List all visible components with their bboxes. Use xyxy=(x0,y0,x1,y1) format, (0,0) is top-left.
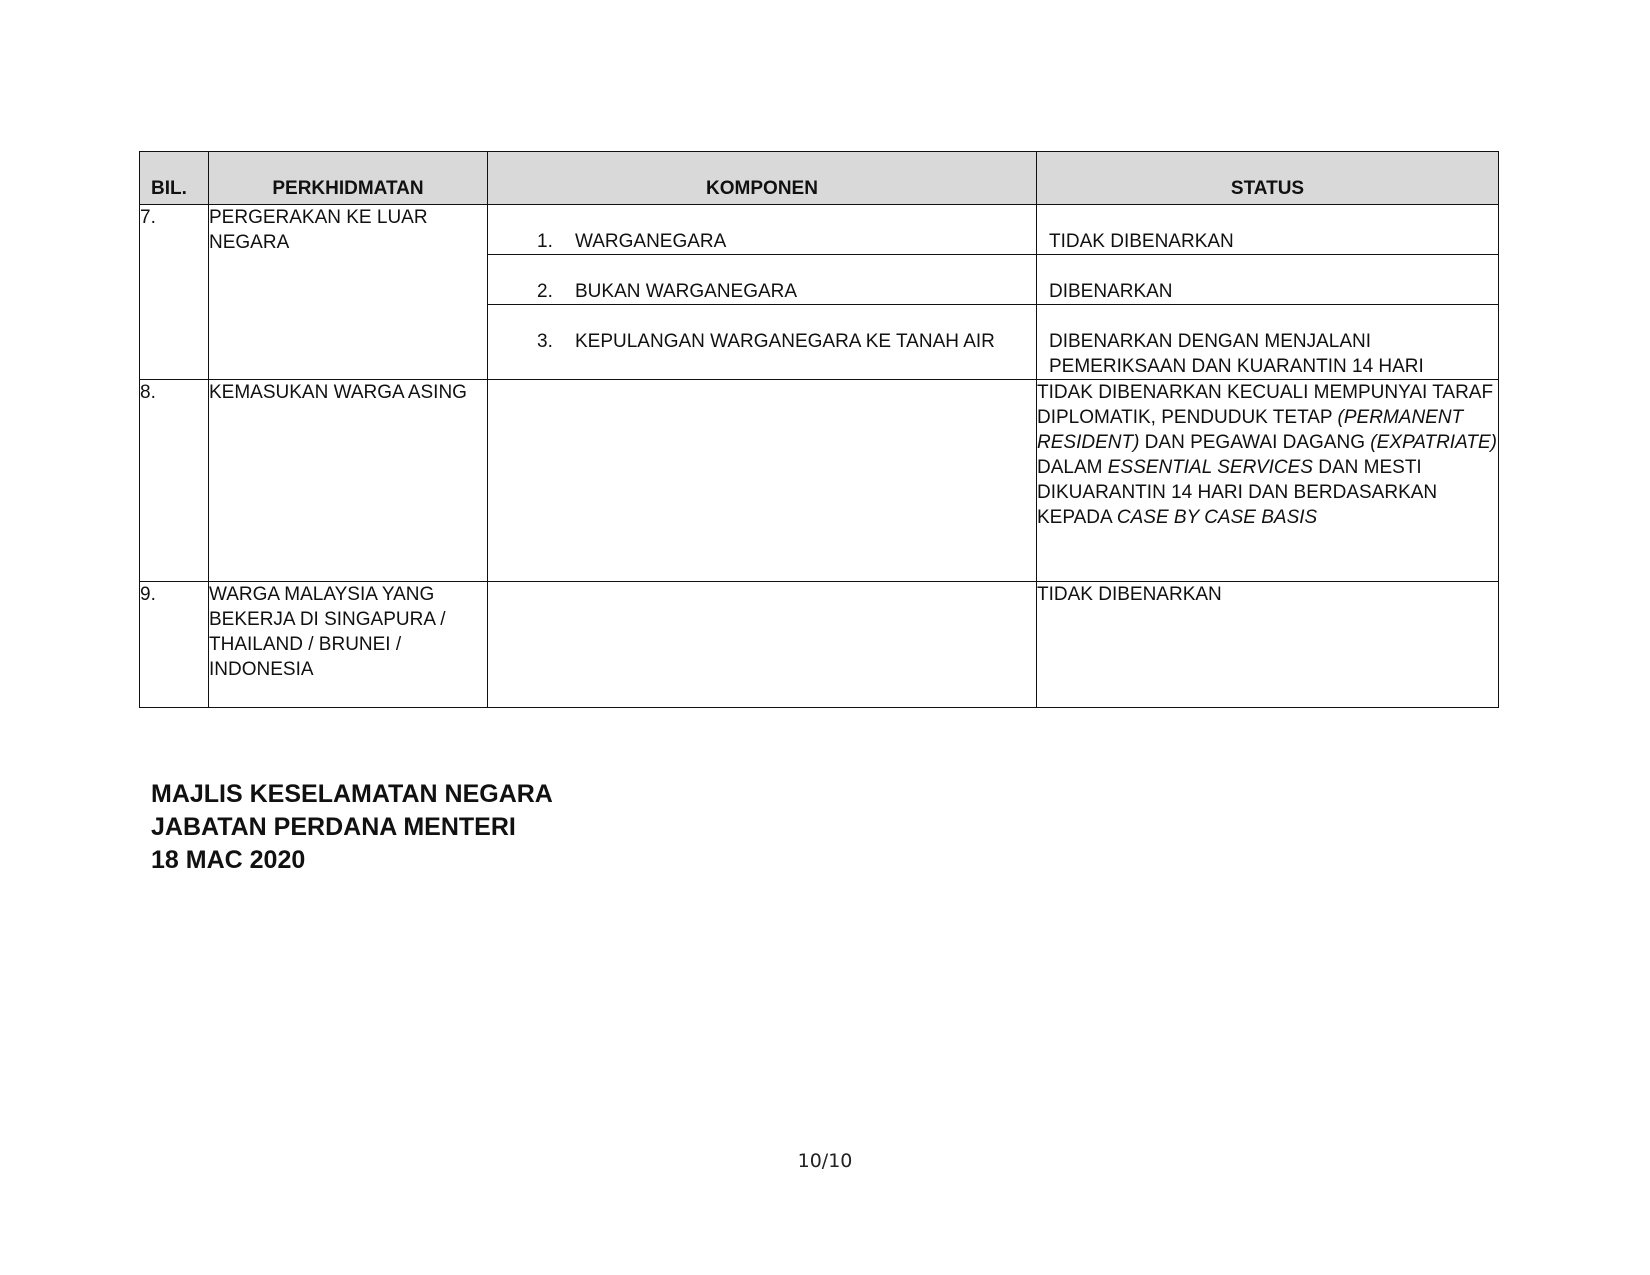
header-bil: BIL. xyxy=(140,152,209,205)
table-row: 9. WARGA MALAYSIA YANG BEKERJA DI SINGAP… xyxy=(140,582,1499,708)
komponen-item: 1.WARGANEGARA xyxy=(488,205,1036,255)
row-bil: 7. xyxy=(140,205,209,380)
header-status: STATUS xyxy=(1037,152,1499,205)
row-status: TIDAK DIBENARKAN KECUALI MEMPUNYAI TARAF… xyxy=(1037,380,1499,582)
status-table: BIL. PERKHIDMATAN KOMPONEN STATUS 7. PER… xyxy=(139,151,1499,708)
row-perkhidmatan: WARGA MALAYSIA YANG BEKERJA DI SINGAPURA… xyxy=(209,582,488,708)
status-item: DIBENARKAN xyxy=(1037,255,1498,305)
komponen-item: 3.KEPULANGAN WARGANEGARA KE TANAH AIR xyxy=(488,305,1036,379)
row-komponen xyxy=(488,582,1037,708)
row-bil: 8. xyxy=(140,380,209,582)
header-perkhidmatan: PERKHIDMATAN xyxy=(209,152,488,205)
page-number: 10/10 xyxy=(0,1150,1650,1172)
document-date: 18 MAC 2020 xyxy=(151,844,553,877)
department-name: JABATAN PERDANA MENTERI xyxy=(151,811,553,844)
organization-name: MAJLIS KESELAMATAN NEGARA xyxy=(151,778,553,811)
row-perkhidmatan: PERGERAKAN KE LUAR NEGARA xyxy=(209,205,488,380)
table-header-row: BIL. PERKHIDMATAN KOMPONEN STATUS xyxy=(140,152,1499,205)
komponen-item: 2.BUKAN WARGANEGARA xyxy=(488,255,1036,305)
header-komponen: KOMPONEN xyxy=(488,152,1037,205)
signature-block: MAJLIS KESELAMATAN NEGARA JABATAN PERDAN… xyxy=(151,778,553,877)
row-status: TIDAK DIBENARKAN xyxy=(1037,582,1499,708)
status-item: DIBENARKAN DENGAN MENJALANI PEMERIKSAAN … xyxy=(1037,305,1498,379)
table-row: 7. PERGERAKAN KE LUAR NEGARA 1.WARGANEGA… xyxy=(140,205,1499,380)
row-status: TIDAK DIBENARKAN DIBENARKAN DIBENARKAN D… xyxy=(1037,205,1499,380)
row-komponen: 1.WARGANEGARA 2.BUKAN WARGANEGARA 3.KEPU… xyxy=(488,205,1037,380)
row-komponen xyxy=(488,380,1037,582)
row-bil: 9. xyxy=(140,582,209,708)
status-item: TIDAK DIBENARKAN xyxy=(1037,205,1498,255)
table-row: 8. KEMASUKAN WARGA ASING TIDAK DIBENARKA… xyxy=(140,380,1499,582)
row-perkhidmatan: KEMASUKAN WARGA ASING xyxy=(209,380,488,582)
